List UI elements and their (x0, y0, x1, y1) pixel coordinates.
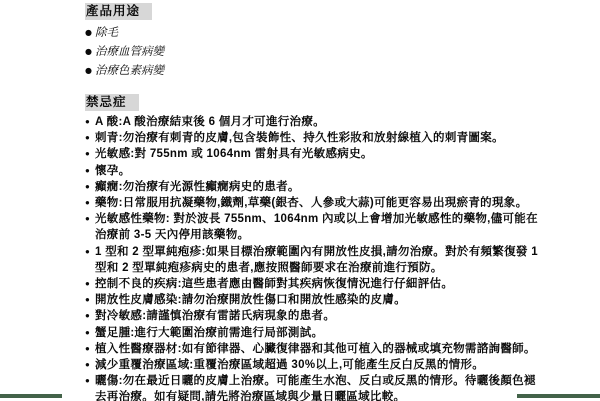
bullet-item: ●光敏感:對 755nm 或 1064nm 雷射具有光敏感病史。 (85, 146, 547, 162)
bullet-icon: ● (85, 62, 95, 80)
bullet-text: 對冷敏感:請謹慎治療有雷諾氏病現象的患者。 (95, 310, 335, 322)
bullet-text: 懷孕。 (95, 165, 130, 177)
bullet-item: ●控制不良的疾病:這些患者應由醫師對其疾病恢復情況進行仔細評估。 (85, 276, 547, 292)
bullet-item: ●光敏感性藥物: 對於波長 755nm、1064nm 內或以上會增加光敏感性的藥… (85, 211, 547, 243)
section-heading-product-uses: 產品用途 (85, 3, 152, 20)
bullet-list: ●A 酸:A 酸治療結束後 6 個月才可進行治療。●刺青:勿治療有刺青的皮膚,包… (85, 114, 547, 401)
bullet-item: ●對冷敏感:請謹慎治療有雷諾氏病現象的患者。 (85, 308, 547, 324)
bullet-icon: ● (85, 325, 95, 341)
bullet-text: 植入性醫療器材:如有節律器、心臟復律器和其他可植入的器械或填充物需諮詢醫師。 (95, 343, 536, 355)
bullet-item: ●藥物:日常服用抗凝藥物,鐵劑,草藥(銀杏、人參或大蒜)可能更容易出現瘀青的現象… (85, 195, 547, 211)
bullet-text: A 酸:A 酸治療結束後 6 個月才可進行治療。 (95, 116, 325, 128)
bullet-item: ●開放性皮膚感染:請勿治療開放性傷口和開放性感染的皮膚。 (85, 292, 547, 308)
bullet-item: ●刺青:勿治療有刺青的皮膚,包含裝飾性、持久性彩妝和放射線植入的刺青圖案。 (85, 130, 547, 146)
bullet-text: 開放性皮膚感染:請勿治療開放性傷口和開放性感染的皮膚。 (95, 294, 406, 306)
bullet-icon: ● (85, 357, 95, 373)
bullet-icon: ● (85, 292, 95, 308)
bullet-icon: ● (85, 244, 95, 260)
bullet-text: 1 型和 2 型單純疱疹:如果目標治療範圍內有開放性皮損,請勿治療。對於有頻繁復… (95, 246, 538, 274)
bullet-item: ●曬傷:勿在最近日曬的皮膚上治療。可能產生水泡、反白或反黑的情形。待曬後顏色褪去… (85, 373, 547, 401)
bullet-text: 刺青:勿治療有刺青的皮膚,包含裝飾性、持久性彩妝和放射線植入的刺青圖案。 (95, 132, 504, 144)
bullet-text: 治療色素病變 (95, 63, 164, 77)
bullet-item: ●減少重覆治療區域:重覆治療區域超過 30%以上,可能產生反白反黑的情形。 (85, 357, 547, 373)
bullet-list: ●除毛●治療血管病變●治療色素病變 (85, 23, 547, 80)
bullet-icon: ● (85, 163, 95, 179)
bullet-icon: ● (85, 24, 95, 42)
bullet-item: ●治療血管病變 (85, 42, 547, 61)
bullet-item: ●植入性醫療器材:如有節律器、心臟復律器和其他可植入的器械或填充物需諮詢醫師。 (85, 341, 547, 357)
bullet-item: ●1 型和 2 型單純疱疹:如果目標治療範圍內有開放性皮損,請勿治療。對於有頻繁… (85, 244, 547, 276)
bullet-item: ●除毛 (85, 23, 547, 42)
document-page: 產品用途●除毛●治療血管病變●治療色素病變禁忌症●A 酸:A 酸治療結束後 6 … (85, 2, 547, 401)
bullet-text: 曬傷:勿在最近日曬的皮膚上治療。可能產生水泡、反白或反黑的情形。待曬後顏色褪去再… (95, 375, 536, 401)
bullet-text: 治療血管病變 (95, 44, 164, 58)
bullet-icon: ● (85, 373, 95, 389)
bullet-text: 減少重覆治療區域:重覆治療區域超過 30%以上,可能產生反白反黑的情形。 (95, 359, 484, 371)
bullet-text: 藥物:日常服用抗凝藥物,鐵劑,草藥(銀杏、人參或大蒜)可能更容易出現瘀青的現象。 (95, 197, 527, 209)
bullet-item: ●治療色素病變 (85, 61, 547, 80)
bullet-icon: ● (85, 130, 95, 146)
bullet-text: 除毛 (95, 25, 118, 39)
page-border-fragment-right (517, 394, 600, 398)
bullet-icon: ● (85, 195, 95, 211)
bullet-icon: ● (85, 341, 95, 357)
section-product-uses: 產品用途●除毛●治療血管病變●治療色素病變 (85, 2, 547, 80)
section-contraindications: 禁忌症●A 酸:A 酸治療結束後 6 個月才可進行治療。●刺青:勿治療有刺青的皮… (85, 93, 547, 401)
bullet-icon: ● (85, 43, 95, 61)
bullet-icon: ● (85, 211, 95, 227)
bullet-text: 光敏感:對 755nm 或 1064nm 雷射具有光敏感病史。 (95, 148, 373, 160)
bullet-item: ●蟹足腫:進行大範圍治療前需進行局部測試。 (85, 325, 547, 341)
bullet-icon: ● (85, 276, 95, 292)
bullet-item: ●癲癇:勿治療有光源性癲癇病史的患者。 (85, 179, 547, 195)
page-border-fragment-left (0, 394, 62, 398)
bullet-text: 蟹足腫:進行大範圍治療前需進行局部測試。 (95, 327, 323, 339)
bullet-icon: ● (85, 179, 95, 195)
bullet-item: ●懷孕。 (85, 163, 547, 179)
bullet-text: 光敏感性藥物: 對於波長 755nm、1064nm 內或以上會增加光敏感性的藥物… (95, 213, 538, 241)
bullet-icon: ● (85, 146, 95, 162)
bullet-text: 控制不良的疾病:這些患者應由醫師對其疾病恢復情況進行仔細評估。 (95, 278, 453, 290)
bullet-icon: ● (85, 308, 95, 324)
bullet-icon: ● (85, 114, 95, 130)
section-heading-contraindications: 禁忌症 (85, 94, 139, 111)
bullet-text: 癲癇:勿治療有光源性癲癇病史的患者。 (95, 181, 300, 193)
bullet-item: ●A 酸:A 酸治療結束後 6 個月才可進行治療。 (85, 114, 547, 130)
